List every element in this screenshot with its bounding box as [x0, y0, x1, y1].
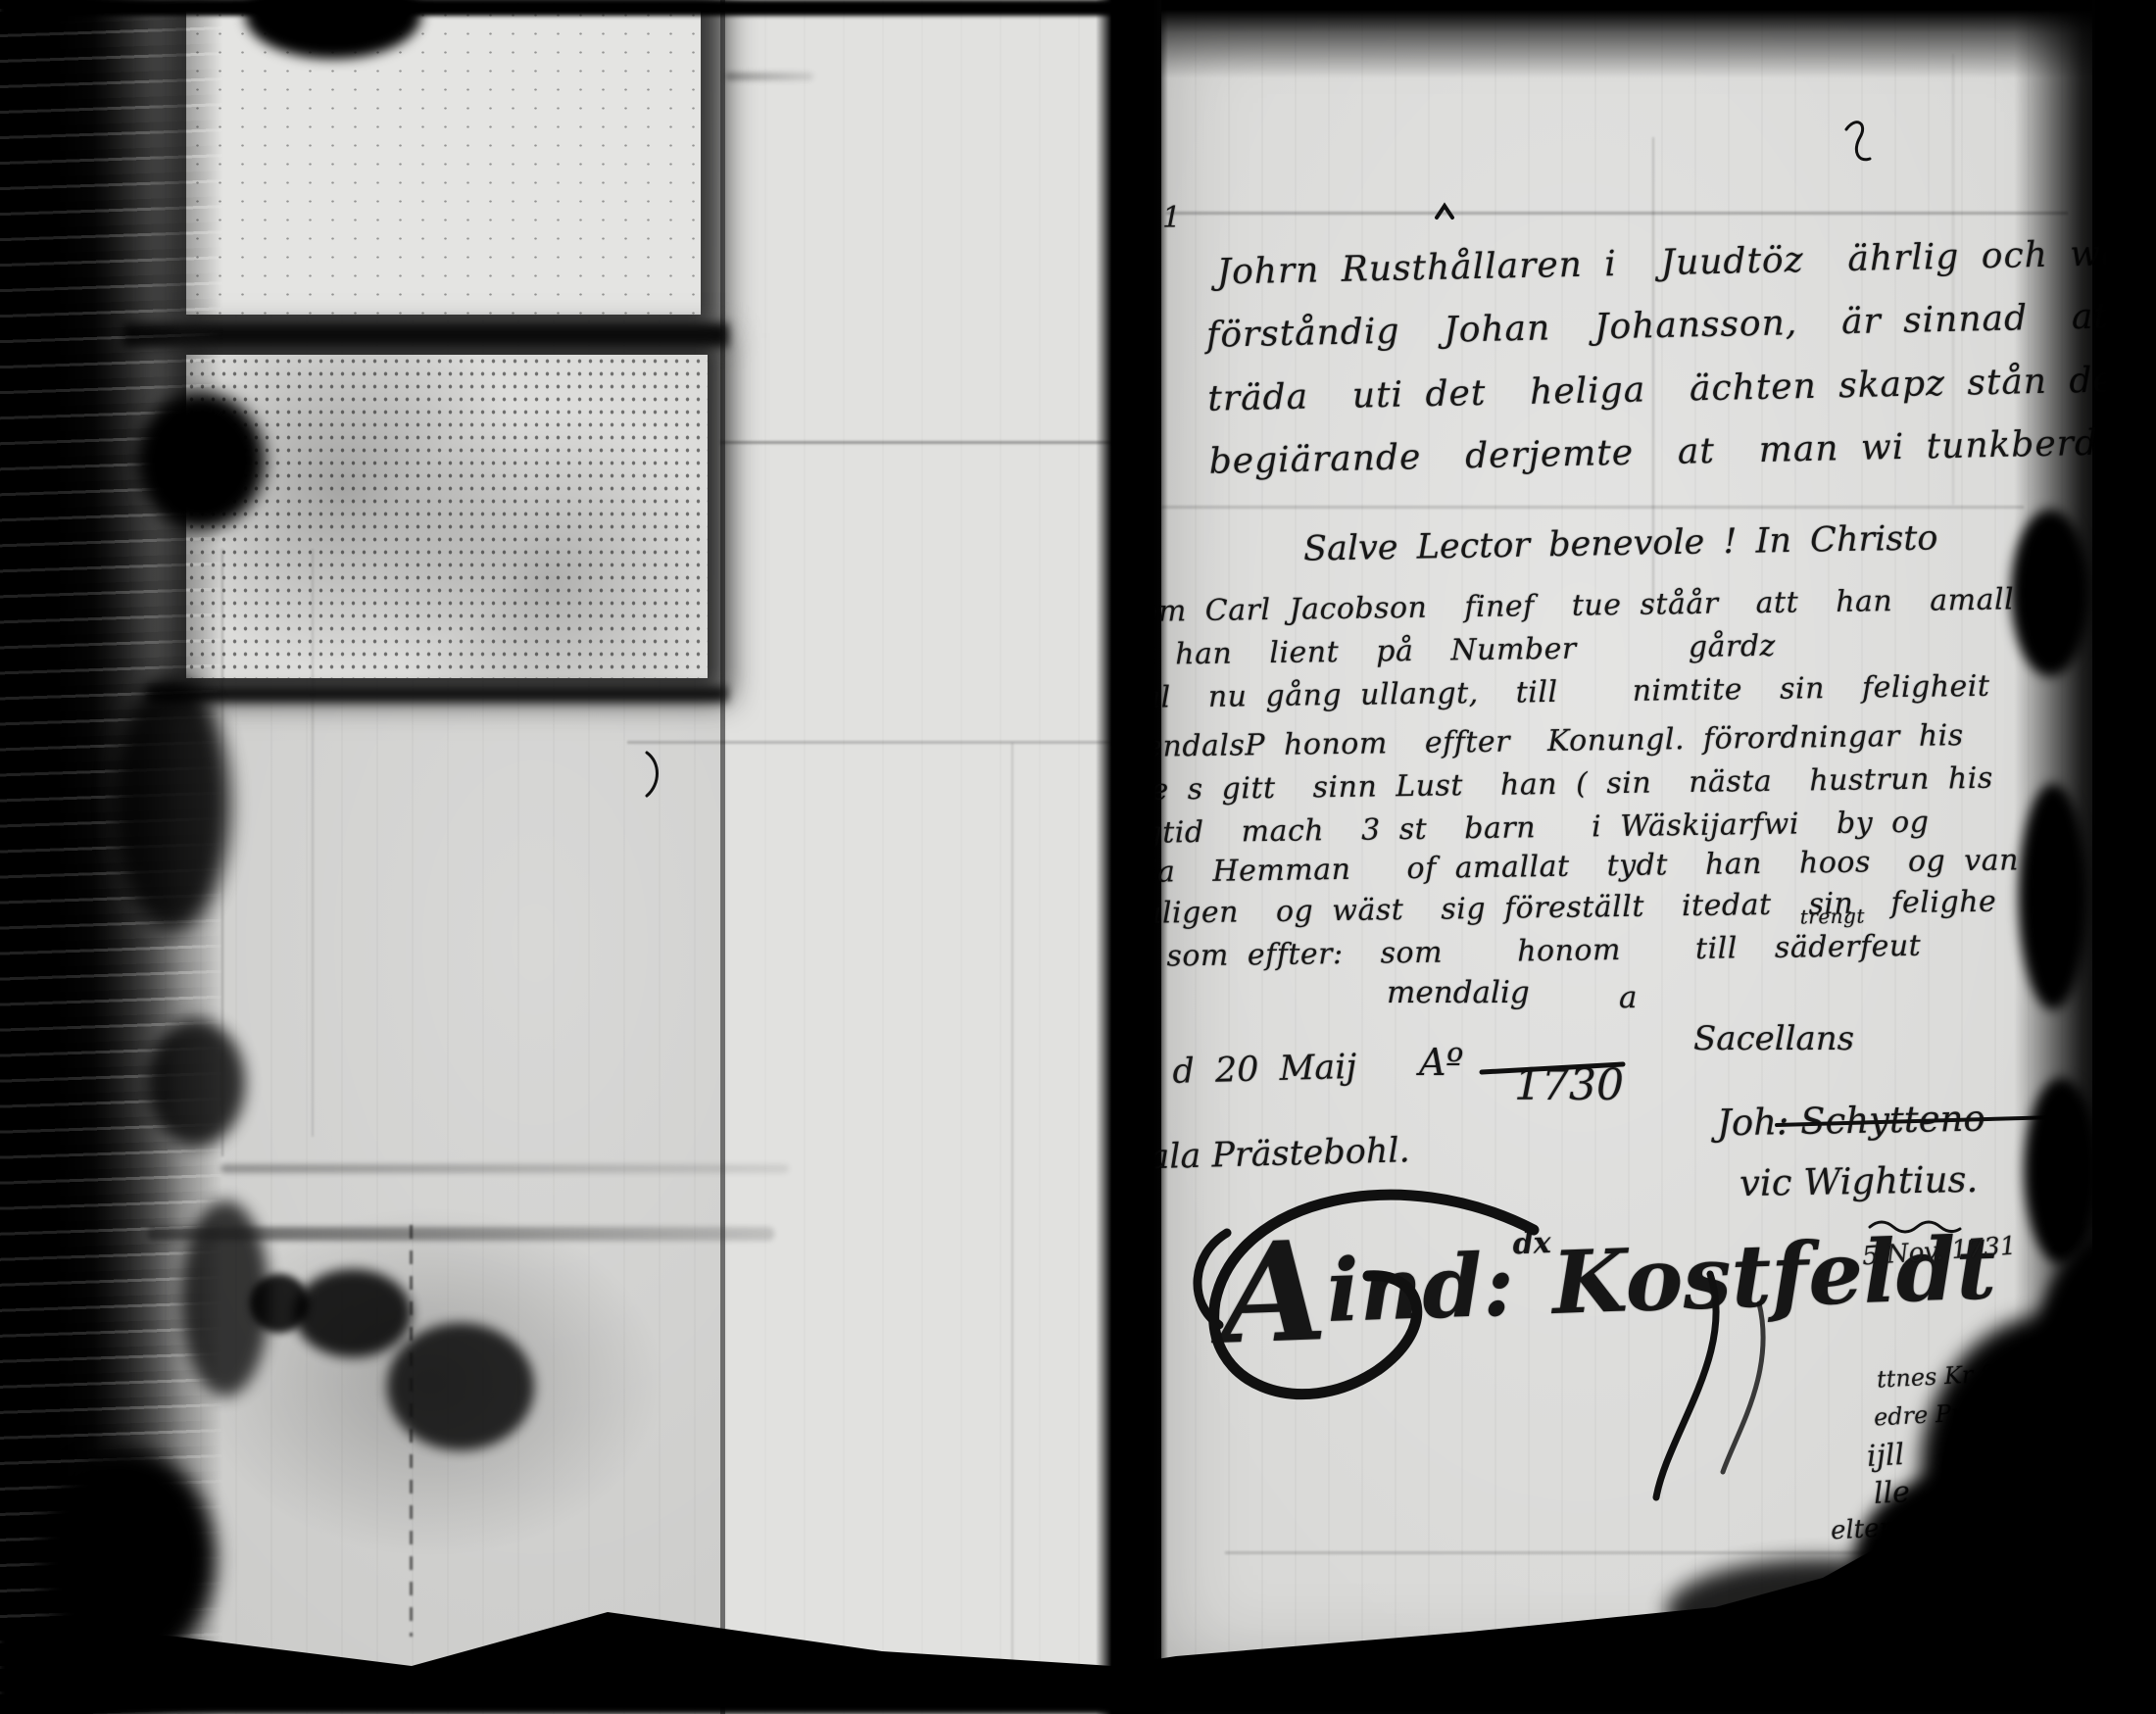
stain-panel-lower — [186, 355, 708, 678]
scanned-parish-register: 1 Johrn Rusthållaren i Juudtöz ährlig oc… — [0, 0, 2156, 1714]
top-edge-shadow — [0, 0, 1122, 16]
year-1730: 1730 — [1514, 1060, 1624, 1110]
smudge-line — [725, 73, 813, 80]
place-line: dala Prästebohl. — [1127, 1131, 1411, 1178]
edge-stain — [2025, 1078, 2098, 1264]
signature-superscript: dx — [1512, 1226, 1551, 1261]
manuscript-line: mendalsP honom effter Konungl. förordnin… — [1116, 718, 1964, 764]
body-text: som Carl Jacobson finef tue ståår att ha… — [1114, 581, 2130, 1006]
manuscript-line: dal nu gång ullangt, till nimtite sin fe… — [1123, 669, 1989, 715]
manuscript-line: l som effter: som honom till säderfeut — [1119, 929, 1921, 974]
page-crease — [312, 549, 314, 1137]
manuscript-word: mendalig — [1387, 975, 1530, 1010]
corner-note-line: ijll — [1866, 1438, 1905, 1474]
ink-stain — [147, 1019, 245, 1147]
edge-stain — [2011, 510, 2089, 676]
attestation-name: Joh: Schytteno — [1717, 1098, 1985, 1145]
inset-seam — [627, 741, 1117, 744]
large-signature: Aind:dxKostfeldt — [1218, 1200, 1998, 1364]
signature-surname: Kostfeldt — [1550, 1216, 1997, 1334]
smudge-line — [220, 1164, 789, 1173]
page-crease — [1166, 212, 2068, 215]
left-page-inset-sheet — [720, 0, 1122, 1714]
manuscript-line: begiärande derjemte at man wi tunkberd — [1208, 423, 2098, 482]
edge-stain — [2019, 784, 2087, 1009]
inset-seam — [720, 441, 1117, 444]
page-crease — [221, 549, 223, 1156]
stain-panel-top — [186, 6, 701, 315]
ink-stain — [137, 392, 265, 529]
ink-blot — [250, 1274, 309, 1333]
dotted-crease — [410, 1225, 413, 1637]
manuscript-line: dila Hemman of amallat tydt han hoos og … — [1118, 843, 2019, 890]
ink-stain — [113, 676, 230, 931]
manuscript-line: dt han lient på Number gårdz — [1125, 629, 1776, 672]
manuscript-word: a — [1619, 980, 1637, 1015]
manuscript-line: träda uti det heliga ächten skapz stån d… — [1207, 360, 2131, 419]
paragraph-announcement: Johrn Rusthållaren i Juudtöz ährlig och … — [1204, 233, 2121, 516]
interline-note: trengt — [1800, 905, 1865, 929]
attestation-role: vic Wightius. — [1739, 1158, 1979, 1204]
book-gutter — [1096, 0, 1168, 1714]
anno-abbreviation: Aº — [1419, 1041, 1463, 1084]
manuscript-line: förståndig Johan Johansson, är sinnad at — [1206, 296, 2110, 355]
signature-mid: ind: — [1325, 1233, 1516, 1342]
signature-initial: A — [1217, 1211, 1329, 1376]
manuscript-line: dre s gitt sinn Lust han ( sin nästa hus… — [1117, 761, 1993, 808]
right-page-top-shadow — [1161, 0, 2092, 78]
ink-blot — [294, 1269, 412, 1357]
inset-crease — [1011, 743, 1013, 1664]
attestation-title: Sacellans — [1693, 1019, 1854, 1058]
manuscript-line: sigtid mach 3 st barn i Wäskijarfwi by o… — [1117, 806, 1929, 852]
